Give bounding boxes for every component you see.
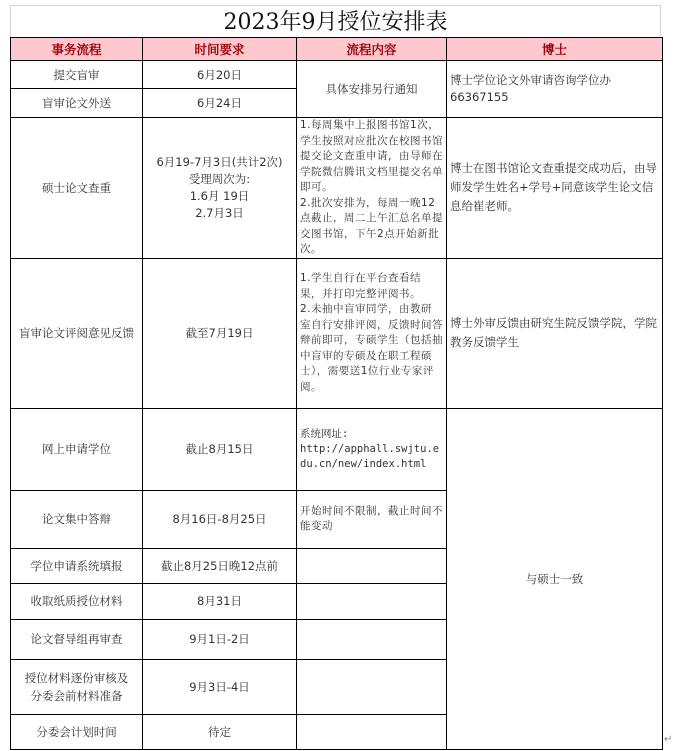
- process-cell-empty: [297, 583, 447, 619]
- item-cell: 提交盲审: [11, 61, 143, 89]
- item-cell: 盲审论文外送: [11, 89, 143, 118]
- phd-cell: 博士外审反馈由研究生院反馈学院，学院教务反馈学生: [447, 258, 663, 408]
- item-cell: 盲审论文评阅意见反馈: [11, 258, 143, 408]
- item-cell: 网上申请学位: [11, 408, 143, 490]
- item-cell: 论文督导组再审查: [11, 619, 143, 659]
- process-cell-empty: [297, 619, 447, 659]
- process-cell: 具体安排另行通知: [297, 61, 447, 118]
- item-cell: 学位申请系统填报: [11, 548, 143, 583]
- phd-cell: 博士学位论文外审请咨询学位办66367155: [447, 61, 663, 118]
- system-url-cell: 系统网址: http://apphall.swjtu.edu.cn/new/in…: [297, 408, 447, 490]
- header-row: 事务流程 时间要求 流程内容 博士: [11, 38, 663, 61]
- paragraph-mark-icon: ↵: [664, 734, 672, 745]
- item-cell: 硕士论文查重: [11, 118, 143, 259]
- time-cell: 6月20日: [143, 61, 297, 89]
- process-cell: 1.每周集中上报图书馆1次，学生按照对应批次在校图书馆提交论文查重申请，由导师在…: [297, 118, 447, 259]
- process-cell-empty: [297, 714, 447, 749]
- time-cell: 待定: [143, 714, 297, 749]
- schedule-table: 事务流程 时间要求 流程内容 博士 提交盲审 6月20日 具体安排另行通知 博士…: [10, 37, 663, 750]
- process-cell: 1.学生自行在平台查看结果，并打印完整评阅书。 2.未抽中盲审同学，由教研室自行…: [297, 258, 447, 408]
- document-title-box: 2023年9月授位安排表: [10, 5, 661, 37]
- time-cell: 8月16日-8月25日: [143, 490, 297, 548]
- phd-same-as-master-cell: 与硕士一致: [447, 408, 663, 749]
- item-cell: 收取纸质授位材料: [11, 583, 143, 619]
- header-phd: 博士: [447, 38, 663, 61]
- table-row: 盲审论文评阅意见反馈 截至7月19日 1.学生自行在平台查看结果，并打印完整评阅…: [11, 258, 663, 408]
- time-cell: 截止8月25日晚12点前: [143, 548, 297, 583]
- process-cell-empty: [297, 548, 447, 583]
- phd-cell: 博士在图书馆论文查重提交成功后，由导师发学生姓名+学号+同意该学生论文信息给崔老…: [447, 118, 663, 259]
- time-cell: 6月19-7月3日(共计2次) 受理周次为: 1.6月 19日 2.7月3日: [143, 118, 297, 259]
- process-cell-empty: [297, 659, 447, 714]
- time-cell: 9月1日-2日: [143, 619, 297, 659]
- table-row: 硕士论文查重 6月19-7月3日(共计2次) 受理周次为: 1.6月 19日 2…: [11, 118, 663, 259]
- table-row: 网上申请学位 截止8月15日 系统网址: http://apphall.swjt…: [11, 408, 663, 490]
- page-title: 2023年9月授位安排表: [224, 10, 448, 35]
- time-cell: 8月31日: [143, 583, 297, 619]
- header-process: 流程内容: [297, 38, 447, 61]
- item-cell: 授位材料逐份审核及 分委会前材料准备: [11, 659, 143, 714]
- time-cell: 6月24日: [143, 89, 297, 118]
- process-cell: 开始时间不限制，截止时间不能变动: [297, 490, 447, 548]
- time-cell: 截止8月15日: [143, 408, 297, 490]
- item-cell: 分委会计划时间: [11, 714, 143, 749]
- header-item: 事务流程: [11, 38, 143, 61]
- table-row: 提交盲审 6月20日 具体安排另行通知 博士学位论文外审请咨询学位办663671…: [11, 61, 663, 89]
- header-time: 时间要求: [143, 38, 297, 61]
- item-cell: 论文集中答辩: [11, 490, 143, 548]
- time-cell: 截至7月19日: [143, 258, 297, 408]
- time-cell: 9月3日-4日: [143, 659, 297, 714]
